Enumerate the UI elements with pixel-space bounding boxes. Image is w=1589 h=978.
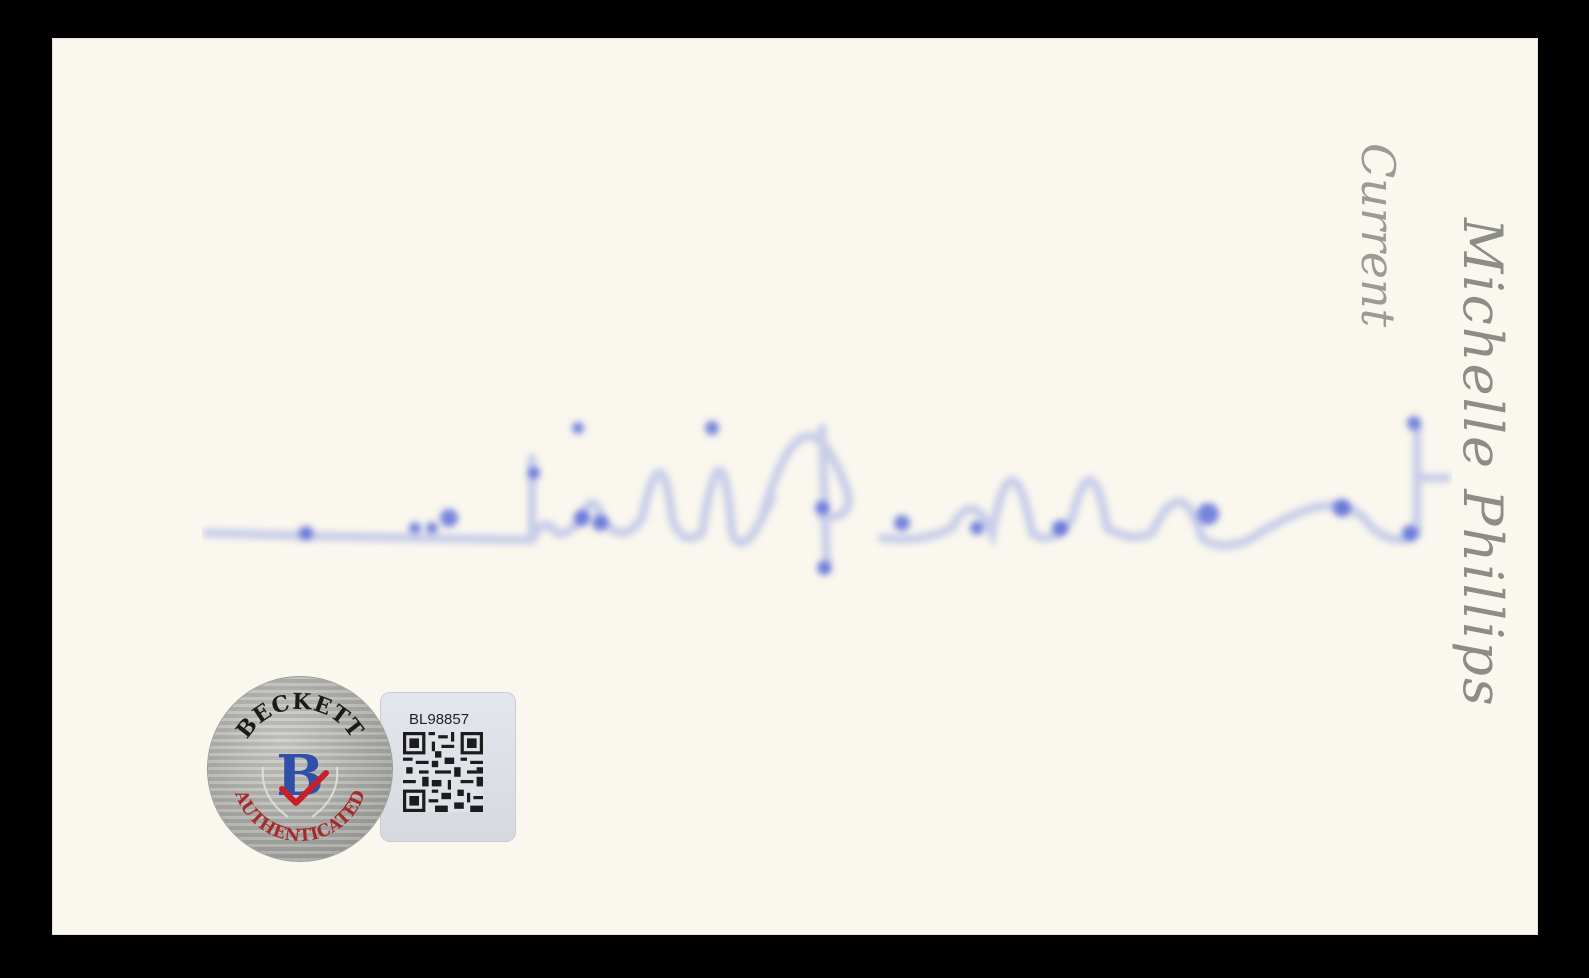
pencil-note-current: Current — [1351, 143, 1405, 327]
index-card: Current Michelle Phillips BL98857 — [52, 38, 1538, 935]
beckett-hologram-seal: BECKETT B AUTHENTICATED — [208, 677, 392, 861]
beckett-authentication-sticker: BL98857 — [208, 677, 518, 863]
authentication-label: BL98857 — [380, 692, 516, 842]
pencil-printed-name: Michelle Phillips — [1451, 218, 1514, 768]
serial-number: BL98857 — [409, 711, 469, 728]
ink-signature — [202, 368, 1452, 648]
svg-text:BECKETT: BECKETT — [231, 689, 369, 744]
brand-text: BECKETT — [231, 689, 369, 744]
signature-strokes-icon — [202, 368, 1452, 648]
qr-code-icon — [403, 731, 483, 813]
